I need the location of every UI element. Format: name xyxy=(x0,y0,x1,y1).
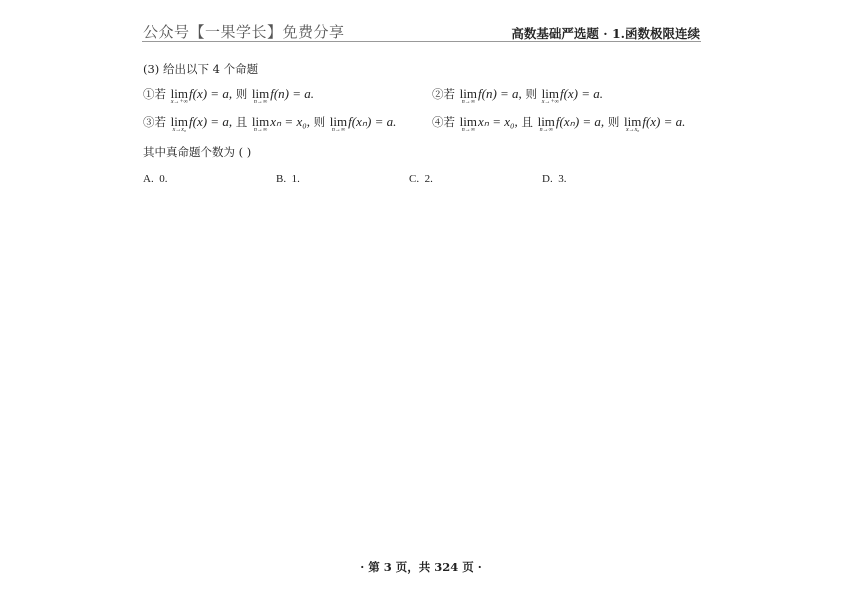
option-b[interactable]: B. 1. xyxy=(276,173,300,185)
question-prompt: 其中真命题个数为 ( ) xyxy=(143,144,251,160)
header-source: 公众号【一果学长】免费分享 xyxy=(143,21,345,42)
proposition-1: ①若 limx→+∞f(x) = a, 则 limn→∞f(n) = a. xyxy=(143,86,314,102)
page-number: · 第 3 页，共 324 页 · xyxy=(0,559,842,575)
proposition-3: ③若 limx→x₀f(x) = a, 且 limn→∞xₙ = x₀, 则 l… xyxy=(143,114,396,130)
proposition-2: ②若 limn→∞f(n) = a, 则 limx→+∞f(x) = a. xyxy=(432,86,603,102)
question-intro: (3) 给出以下 4 个命题 xyxy=(143,61,258,77)
option-a[interactable]: A. 0. xyxy=(143,173,167,185)
proposition-4: ④若 limn→∞xₙ = x₀, 且 limn→∞f(xₙ) = a, 则 l… xyxy=(432,114,685,130)
prop-marker: ①若 xyxy=(143,87,166,101)
option-d[interactable]: D. 3. xyxy=(542,173,566,185)
prop-marker: ②若 xyxy=(432,87,455,101)
option-c[interactable]: C. 2. xyxy=(409,173,433,185)
header-divider xyxy=(142,41,701,42)
header-title: 高数基础严选题 · 1.函数极限连续 xyxy=(511,24,700,42)
prop-marker: ④若 xyxy=(432,115,455,129)
prop-marker: ③若 xyxy=(143,115,166,129)
